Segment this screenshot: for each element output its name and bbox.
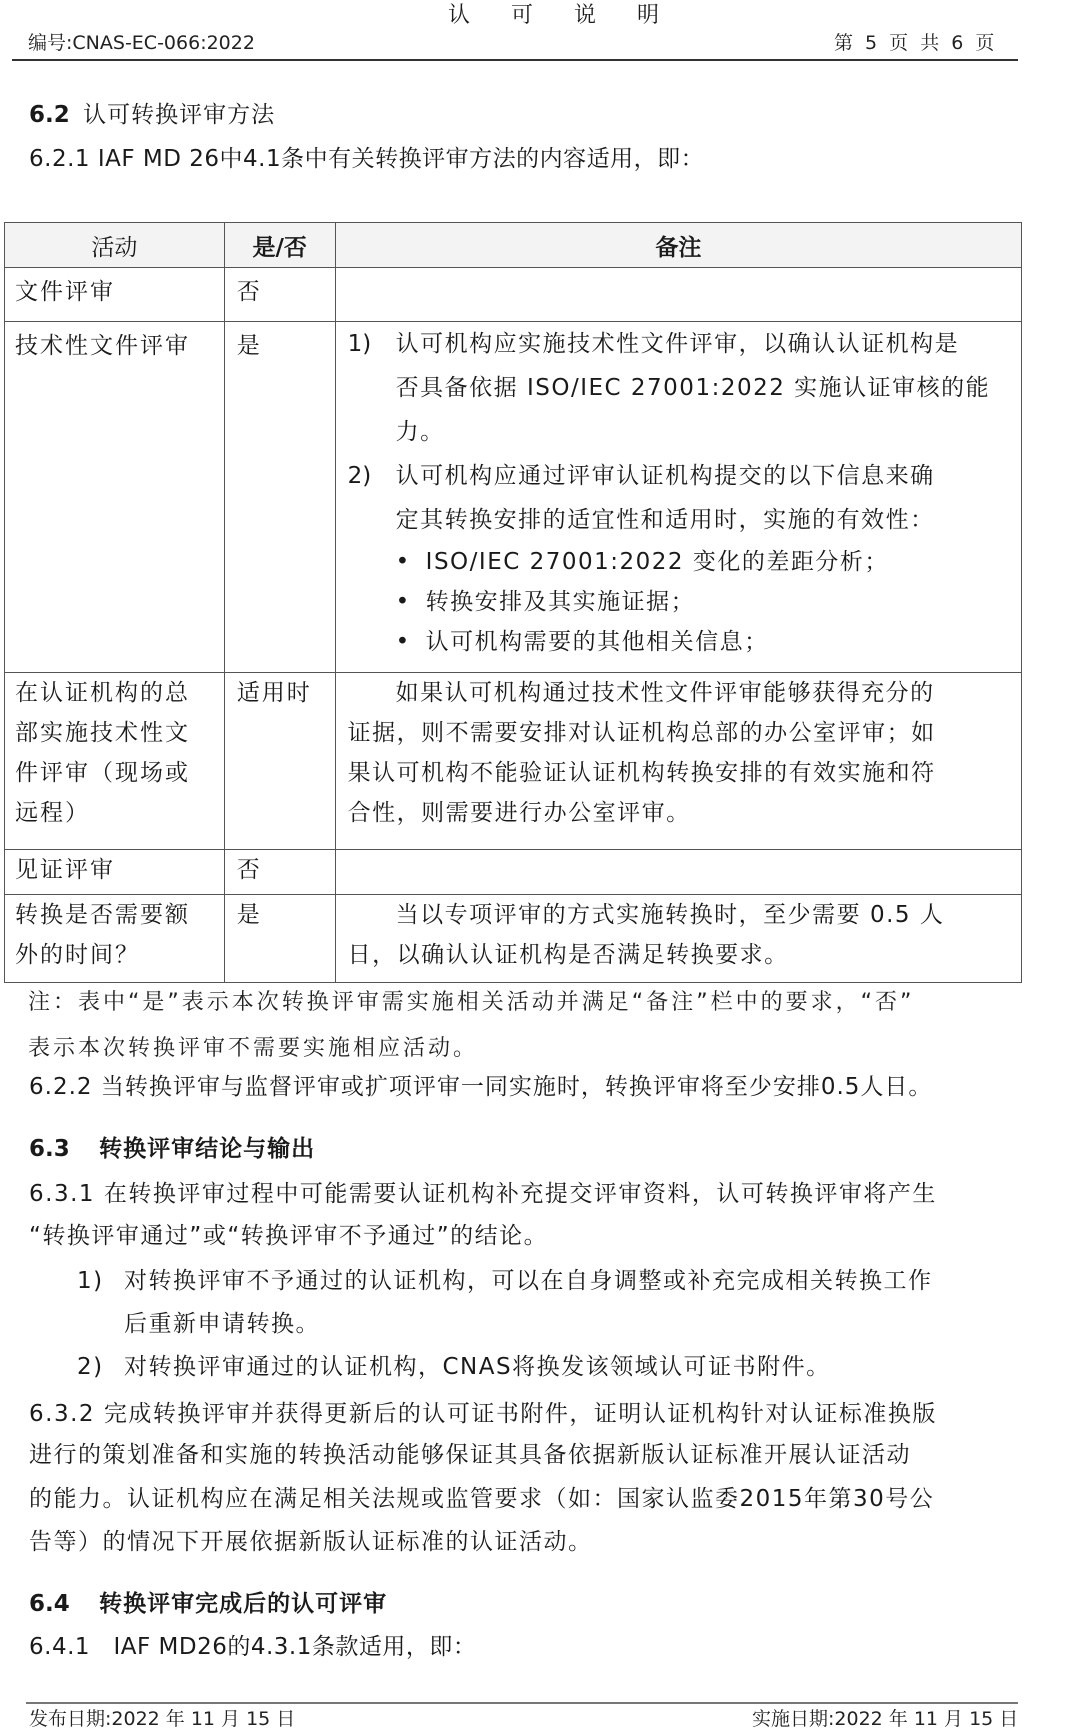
table-row: 见证评审 否 [5, 850, 1022, 895]
column-header-activity: 活动 [5, 223, 225, 268]
yes-no-cell: 是 [225, 895, 335, 935]
remark-item-2: 2)认可机构应通过评审认证机构提交的以下信息来确 [348, 454, 1009, 498]
section-6-2-heading: 6.2 认可转换评审方法 [29, 104, 275, 127]
yes-no-cell: 是 [225, 322, 335, 368]
document-title: 认 可 说 明 [448, 5, 676, 27]
yes-no-cell: 否 [225, 850, 335, 890]
list-item-1: 1)对转换评审不予通过的认证机构，可以在自身调整或补充完成相关转换工作 [77, 1270, 933, 1293]
section-title: 转换评审结论与输出 [99, 1136, 315, 1162]
list-item-2: 2)对转换评审通过的认证机构，CNAS将换发该领域认可证书附件。 [77, 1356, 831, 1379]
section-number: 6.2 [29, 102, 70, 128]
activity-cell: 在认证机构的总 部实施技术性文 件评审（现场或 远程） [5, 673, 224, 833]
effective-date: 实施日期:2022 年 11 月 15 日 [752, 1710, 1018, 1729]
yes-no-cell: 否 [225, 268, 335, 314]
table-note-line-1: 注：表中“是”表示本次转换评审需实施相关活动并满足“备注”栏中的要求，“否” [28, 992, 914, 1014]
document-number: 编号:CNAS-EC-066:2022 [28, 34, 255, 53]
header-rule [12, 59, 1018, 61]
table-row: 文件评审 否 [5, 268, 1022, 322]
activity-cell: 文件评审 [5, 268, 224, 314]
remark-cell: 1)认可机构应实施技术性文件评审，以确认认证机构是 否具备依据 ISO/IEC … [336, 322, 1021, 662]
transition-review-table: 活动 是/否 备注 文件评审 否 技术性文件评审 是 1)认可机构应实施技术性文… [4, 222, 1022, 983]
section-title: 转换评审完成后的认可评审 [99, 1591, 387, 1617]
table-row: 技术性文件评审 是 1)认可机构应实施技术性文件评审，以确认认证机构是 否具备依… [5, 322, 1022, 673]
activity-cell: 技术性文件评审 [5, 322, 224, 368]
paragraph-6-3-1-line-2: “转换评审通过”或“转换评审不予通过”的结论。 [29, 1225, 548, 1248]
remark-cell: 如果认可机构通过技术性文件评审能够获得充分的 证据，则不需要安排对认证机构总部的… [336, 673, 1021, 833]
activity-cell: 见证评审 [5, 850, 224, 890]
issue-date: 发布日期:2022 年 11 月 15 日 [29, 1710, 295, 1729]
paragraph-6-3-2-line-1: 6.3.2 完成转换评审并获得更新后的认可证书附件，证明认证机构针对认证标准换版 [29, 1403, 937, 1426]
bullet-item: •转换安排及其实施证据； [348, 582, 1009, 622]
remark-line: 否具备依据 ISO/IEC 27001:2022 实施认证审核的能 [348, 366, 1009, 410]
paragraph-6-3-2-line-3: 的能力。认证机构应在满足相关法规或监管要求（如：国家认监委2015年第30号公 [29, 1488, 934, 1511]
activity-cell: 转换是否需要额 外的时间？ [5, 895, 224, 975]
paragraph-6-4-1: 6.4.1 IAF MD26的4.3.1条款适用，即： [29, 1636, 476, 1659]
footer-rule [26, 1702, 1018, 1704]
remark-cell [336, 268, 1021, 272]
bullet-icon: • [396, 542, 426, 582]
table-header-row: 活动 是/否 备注 [5, 223, 1022, 268]
item-number: 1) [77, 1270, 124, 1293]
remark-cell: 当以专项评审的方式实施转换时，至少需要 0.5 人 日，以确认认证机构是否满足转… [336, 895, 1021, 975]
paragraph-6-2-2: 6.2.2 当转换评审与监督评审或扩项评审一同实施时，转换评审将至少安排0.5人… [29, 1076, 932, 1099]
yes-no-cell: 适用时 [225, 673, 335, 713]
remark-line: 认可机构应实施技术性文件评审，以确认认证机构是 [396, 331, 960, 357]
table-row: 在认证机构的总 部实施技术性文 件评审（现场或 远程） 适用时 如果认可机构通过… [5, 673, 1022, 850]
paragraph-6-3-1-line-1: 6.3.1 在转换评审过程中可能需要认证机构补充提交评审资料，认可转换评审将产生 [29, 1183, 937, 1206]
paragraph-6-3-2-line-2: 进行的策划准备和实施的转换活动能够保证其具备依据新版认证标准开展认证活动 [29, 1444, 911, 1467]
section-number: 6.3 [29, 1136, 70, 1162]
remark-item-1: 1)认可机构应实施技术性文件评审，以确认认证机构是 [348, 322, 1009, 366]
paragraph-6-3-2-line-4: 告等）的情况下开展依据新版认证标准的认证活动。 [29, 1531, 593, 1554]
page-indicator: 第 5 页 共 6 页 [834, 34, 997, 53]
item-number: 1) [348, 322, 396, 366]
item-number: 2) [348, 454, 396, 498]
section-6-4-heading: 6.4 转换评审完成后的认可评审 [29, 1593, 387, 1616]
table-note-line-2: 表示本次转换评审不需要实施相应活动。 [28, 1038, 478, 1060]
section-title: 认可转换评审方法 [83, 102, 275, 128]
remark-line: 定其转换安排的适宜性和适用时，实施的有效性： [348, 498, 1009, 542]
bullet-icon: • [396, 622, 426, 662]
bullet-item: •ISO/IEC 27001:2022 变化的差距分析； [348, 542, 1009, 582]
remark-cell [336, 850, 1021, 854]
bullet-item: •认可机构需要的其他相关信息； [348, 622, 1009, 662]
list-item-1-continuation: 后重新申请转换。 [124, 1313, 320, 1336]
column-header-yes-no: 是/否 [224, 223, 335, 268]
section-6-3-heading: 6.3 转换评审结论与输出 [29, 1138, 315, 1161]
remark-line: 认可机构应通过评审认证机构提交的以下信息来确 [396, 463, 935, 489]
item-number: 2) [77, 1356, 124, 1379]
section-number: 6.4 [29, 1591, 70, 1617]
table-row: 转换是否需要额 外的时间？ 是 当以专项评审的方式实施转换时，至少需要 0.5 … [5, 895, 1022, 983]
paragraph-6-2-1: 6.2.1 IAF MD 26中4.1条中有关转换评审方法的内容适用，即： [29, 148, 704, 171]
remark-line: 力。 [348, 410, 1009, 454]
column-header-remarks: 备注 [335, 223, 1021, 268]
bullet-icon: • [396, 582, 426, 622]
